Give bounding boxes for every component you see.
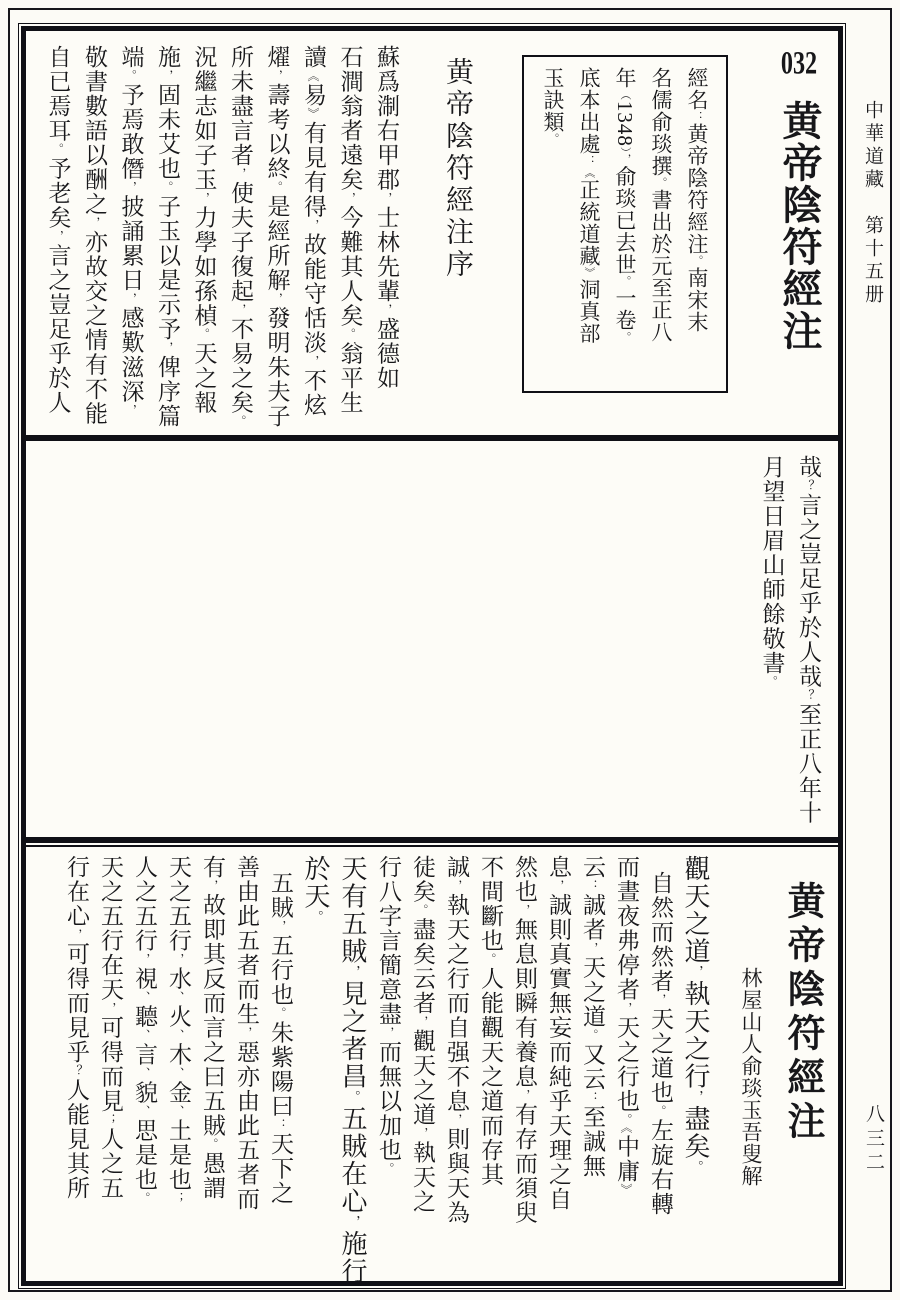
- text-column: 於天。: [297, 855, 334, 1277]
- text-column: 玉訣類。: [535, 67, 571, 381]
- text-column: 底本出處：《正統道藏》洞真部: [571, 67, 607, 381]
- text-column: 敬書數語以酬之，亦故交之情有不能: [76, 45, 113, 431]
- text-column: 端。予焉敢僭，披誦累日，感歎滋深，: [112, 45, 149, 431]
- text-column: 自已焉耳。予老矣，言之豈足乎於人: [39, 45, 76, 431]
- text-column: 況繼志如子玉，力學如孫楨。天之報: [185, 45, 222, 431]
- text-column: 誠，執天之行而自强不息，則與天為: [439, 855, 473, 1277]
- section-divider-double: [26, 837, 838, 847]
- text-column: 云：誠者，天之道。又云：至誠無: [575, 855, 609, 1277]
- collection-title: 中華道藏 第十五册: [855, 100, 889, 307]
- text-column: 息，誠則真實無妄而純乎天理之自: [541, 855, 575, 1277]
- text-column: 五賊，五行也。朱紫陽曰：天下之: [263, 855, 297, 1277]
- text-column: 讀《易》有見有得，故能守恬淡，不炫: [295, 45, 332, 431]
- text-column: 天有五賊，見之者昌。五賊在心，施行: [334, 855, 371, 1277]
- section-preface: 032 黄帝陰符經注 經名：黄帝陰符經注。南宋末名儒俞琰撰。書出於元至正八年（1…: [26, 31, 838, 435]
- author-byline: 林屋山人俞琰玉吾叟解: [730, 855, 772, 1277]
- work-number: 032: [781, 47, 817, 80]
- main-text-columns: 觀天之道，執天之行，盡矣。自然而然者，天之道也。左旋右轉而晝夜弗停者，天之行也。…: [59, 855, 714, 1277]
- text-column: 年（1348），俞琰已去世。一卷。: [607, 67, 643, 381]
- text-column: 施，固未艾也。子玉以是示予，俾序篇: [149, 45, 186, 431]
- text-column: 然也，無息則瞬有養息，有存而須臾: [507, 855, 541, 1277]
- text-column: 行在心，可得而見乎？人能見其所: [59, 855, 93, 1277]
- page-number: 八三二: [857, 1104, 889, 1176]
- text-column: 徒矣。盡矣云者，觀天之道，執天之: [405, 855, 439, 1277]
- work-title: 黄帝陰符經注: [777, 100, 822, 352]
- text-column: 而晝夜弗停者，天之行也。《中庸》: [609, 855, 643, 1277]
- text-column: 天之五行，水、火、木、金、土是也；: [161, 855, 195, 1277]
- text-column: 所未盡言者，使夫子復起，不易之矣。: [222, 45, 259, 431]
- preface-title: 黄帝陰符經注序: [434, 57, 480, 431]
- section-main-text: 黄帝陰符經注 林屋山人俞琰玉吾叟解 觀天之道，執天之行，盡矣。自然而然者，天之道…: [26, 847, 838, 1281]
- section-preface-end: 哉？言之豈足乎於人哉？至正八年十月望日眉山師餘敬書。: [26, 441, 838, 837]
- preface-columns: 蘇爲淛右甲郡，士林先輩，盛德如石澗翁者遠矣，今難其人矣。翁平生讀《易》有見有得，…: [39, 45, 404, 431]
- text-column: 名儒俞琰撰。書出於元至正八: [643, 67, 679, 381]
- preface-end-columns: 哉？言之豈足乎於人哉？至正八年十月望日眉山師餘敬書。: [753, 455, 826, 833]
- text-column: 燿，壽考以終。是經所解，發明朱夫子: [258, 45, 295, 431]
- text-column: 有，故即其反而言之曰五賊。愚謂: [195, 855, 229, 1277]
- work-header: 032 黄帝陰符經注: [772, 47, 826, 431]
- text-column: 經名：黄帝陰符經注。南宋末: [679, 67, 715, 381]
- text-column: 觀天之道，執天之行，盡矣。: [677, 855, 714, 1277]
- text-column: 人之五行，視、聽、言、貌、思是也。: [127, 855, 161, 1277]
- content-frame: 032 黄帝陰符經注 經名：黄帝陰符經注。南宋末名儒俞琰撰。書出於元至正八年（1…: [21, 26, 843, 1286]
- text-column: 不間斷也。人能觀天之道而存其: [473, 855, 507, 1277]
- text-column: 自然而然者，天之道也。左旋右轉: [643, 855, 677, 1277]
- text-column: 天之五行在天，可得而見；人之五: [93, 855, 127, 1277]
- scanned-book-page: 中華道藏 第十五册 八三二 032 黄帝陰符經注 經名：黄帝陰符經注。南宋末名儒…: [0, 0, 900, 1300]
- main-title: 黄帝陰符經注: [776, 857, 828, 1277]
- text-column: 石澗翁者遠矣，今難其人矣。翁平生: [331, 45, 368, 431]
- text-column: 月望日眉山師餘敬書。: [753, 455, 790, 833]
- colophon-columns: 經名：黄帝陰符經注。南宋末名儒俞琰撰。書出於元至正八年（1348），俞琰已去世。…: [535, 67, 715, 381]
- text-column: 行八字言簡意盡，而無以加也。: [371, 855, 405, 1277]
- colophon-box: 經名：黄帝陰符經注。南宋末名儒俞琰撰。書出於元至正八年（1348），俞琰已去世。…: [522, 55, 728, 393]
- text-column: 哉？言之豈足乎於人哉？至正八年十: [790, 455, 827, 833]
- text-column: 蘇爲淛右甲郡，士林先輩，盛德如: [368, 45, 405, 431]
- text-column: 善由此五者而生，惡亦由此五者而: [229, 855, 263, 1277]
